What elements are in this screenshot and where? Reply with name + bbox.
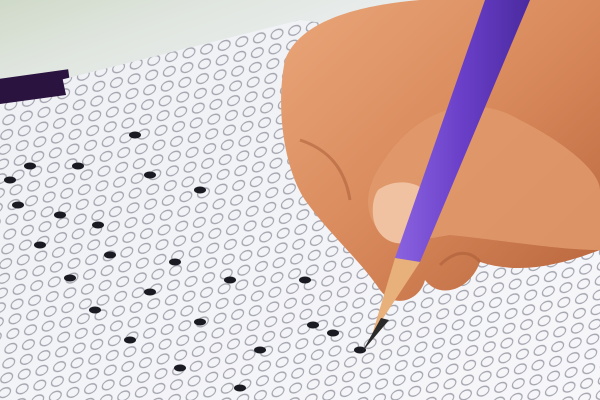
answer-sheet <box>0 0 600 400</box>
photo-scene <box>0 0 600 400</box>
